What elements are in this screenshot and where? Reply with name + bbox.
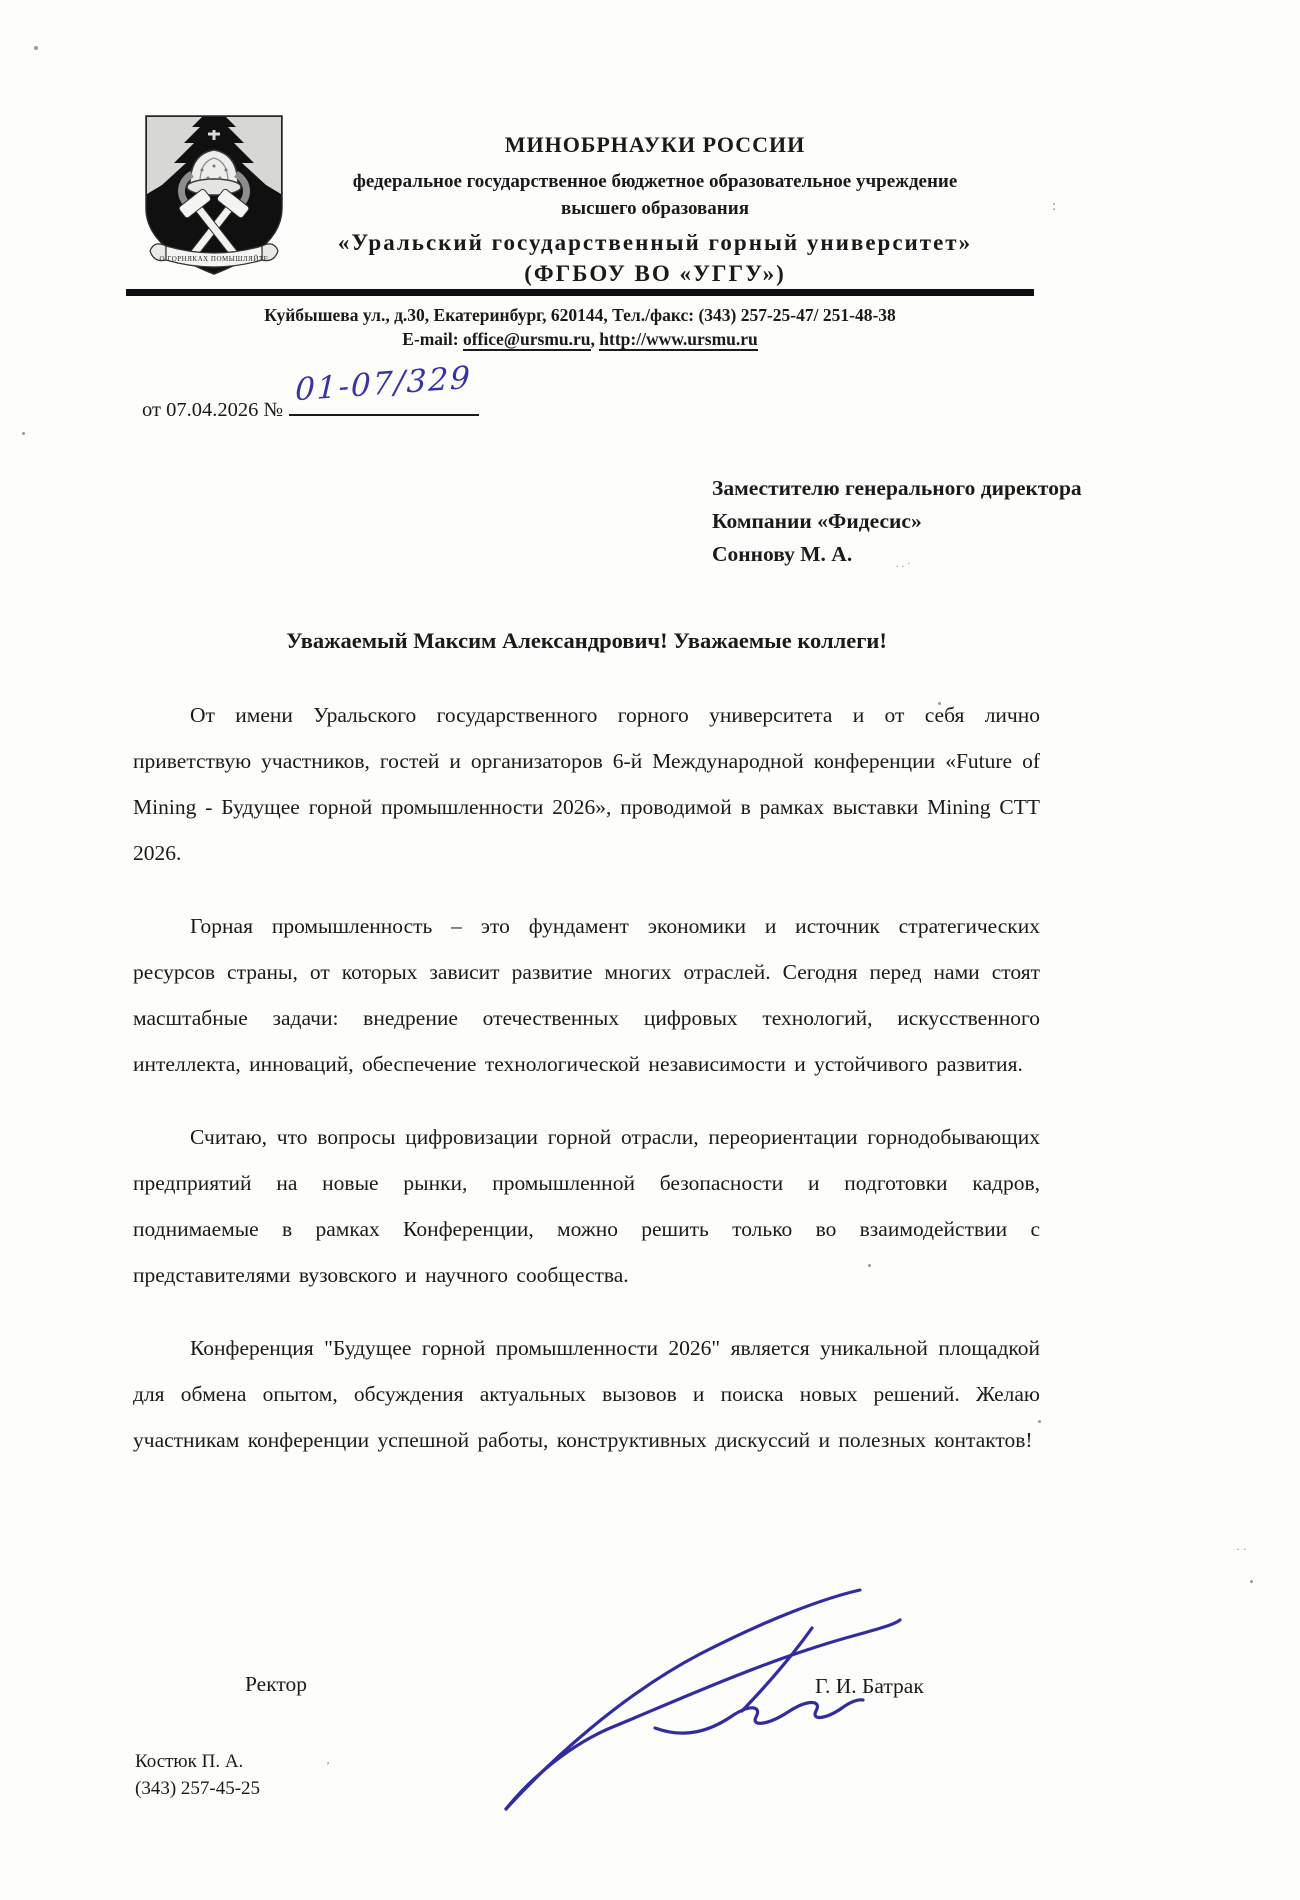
address-line: Куйбышева ул., д.30, Екатеринбург, 62014… bbox=[125, 303, 1035, 327]
scan-speck bbox=[34, 46, 38, 50]
email-label: E-mail: bbox=[402, 329, 463, 349]
document-number-handwritten: 01-07/329 bbox=[295, 360, 473, 409]
signature-ink bbox=[470, 1576, 1010, 1821]
emblem-motto: О ГОРНЯКАХ ПОМЫШЛЯЙТЕ bbox=[160, 255, 269, 263]
header-divider bbox=[126, 289, 1034, 296]
scan-speck bbox=[868, 1264, 871, 1267]
contact-header: Куйбышева ул., д.30, Екатеринбург, 62014… bbox=[125, 303, 1035, 351]
executor-name: Костюк П. А. bbox=[135, 1748, 260, 1775]
scan-speck bbox=[938, 702, 941, 705]
org-line-2: высшего образования bbox=[280, 195, 1030, 222]
letterhead: МИНОБРНАУКИ РОССИИ федеральное государст… bbox=[280, 132, 1030, 289]
university-abbr: (ФГБОУ ВО «УГГУ») bbox=[280, 258, 1030, 289]
scan-speck: : bbox=[1052, 198, 1056, 215]
addressee-line: Заместителю генерального директора bbox=[712, 472, 1082, 505]
ministry-title: МИНОБРНАУКИ РОССИИ bbox=[280, 132, 1030, 158]
university-name: «Уральский государственный горный универ… bbox=[280, 227, 1030, 258]
body-paragraph: Горная промышленность – это фундамент эк… bbox=[133, 903, 1040, 1087]
addressee-line: Компании «Фидесис» bbox=[712, 505, 1082, 538]
separator: , bbox=[591, 329, 600, 349]
letter-page: О ГОРНЯКАХ ПОМЫШЛЯЙТЕ МИНОБРНАУКИ РОССИИ… bbox=[0, 0, 1300, 1900]
website-url: http://www.ursmu.ru bbox=[599, 329, 758, 351]
body-paragraph: Считаю, что вопросы цифровизации горной … bbox=[133, 1114, 1040, 1298]
executor-block: Костюк П. А. (343) 257-45-25 bbox=[135, 1748, 260, 1802]
scan-speck bbox=[22, 432, 25, 435]
number-underline: 01-07/329 bbox=[289, 388, 479, 416]
executor-phone: (343) 257-45-25 bbox=[135, 1775, 260, 1802]
scan-speck: · · bbox=[1236, 1542, 1247, 1557]
email-address: office@ursmu.ru bbox=[463, 329, 591, 351]
signatory-title: Ректор bbox=[245, 1672, 307, 1697]
scan-speck bbox=[1038, 1420, 1041, 1423]
scan-speck: ‚ bbox=[326, 1752, 330, 1767]
signatory-name: Г. И. Батрак bbox=[815, 1674, 924, 1699]
addressee-block: Заместителю генерального директора Компа… bbox=[712, 472, 1082, 571]
email-line: E-mail: office@ursmu.ru, http://www.ursm… bbox=[125, 327, 1035, 351]
letter-body: От имени Уральского государственного гор… bbox=[133, 692, 1040, 1490]
body-paragraph: Конференция "Будущее горной промышленнос… bbox=[133, 1325, 1040, 1463]
reference-line: от 07.04.2026 №01-07/329 bbox=[142, 388, 479, 422]
date-number-prefix: от 07.04.2026 № bbox=[142, 399, 283, 421]
salutation: Уважаемый Максим Александрович! Уважаемы… bbox=[133, 628, 1040, 654]
scan-speck: . . · bbox=[896, 558, 911, 570]
scan-speck bbox=[1250, 1580, 1253, 1583]
org-line-1: федеральное государственное бюджетное об… bbox=[280, 168, 1030, 195]
university-emblem-icon: О ГОРНЯКАХ ПОМЫШЛЯЙТЕ bbox=[138, 110, 290, 282]
body-paragraph: От имени Уральского государственного гор… bbox=[133, 692, 1040, 876]
